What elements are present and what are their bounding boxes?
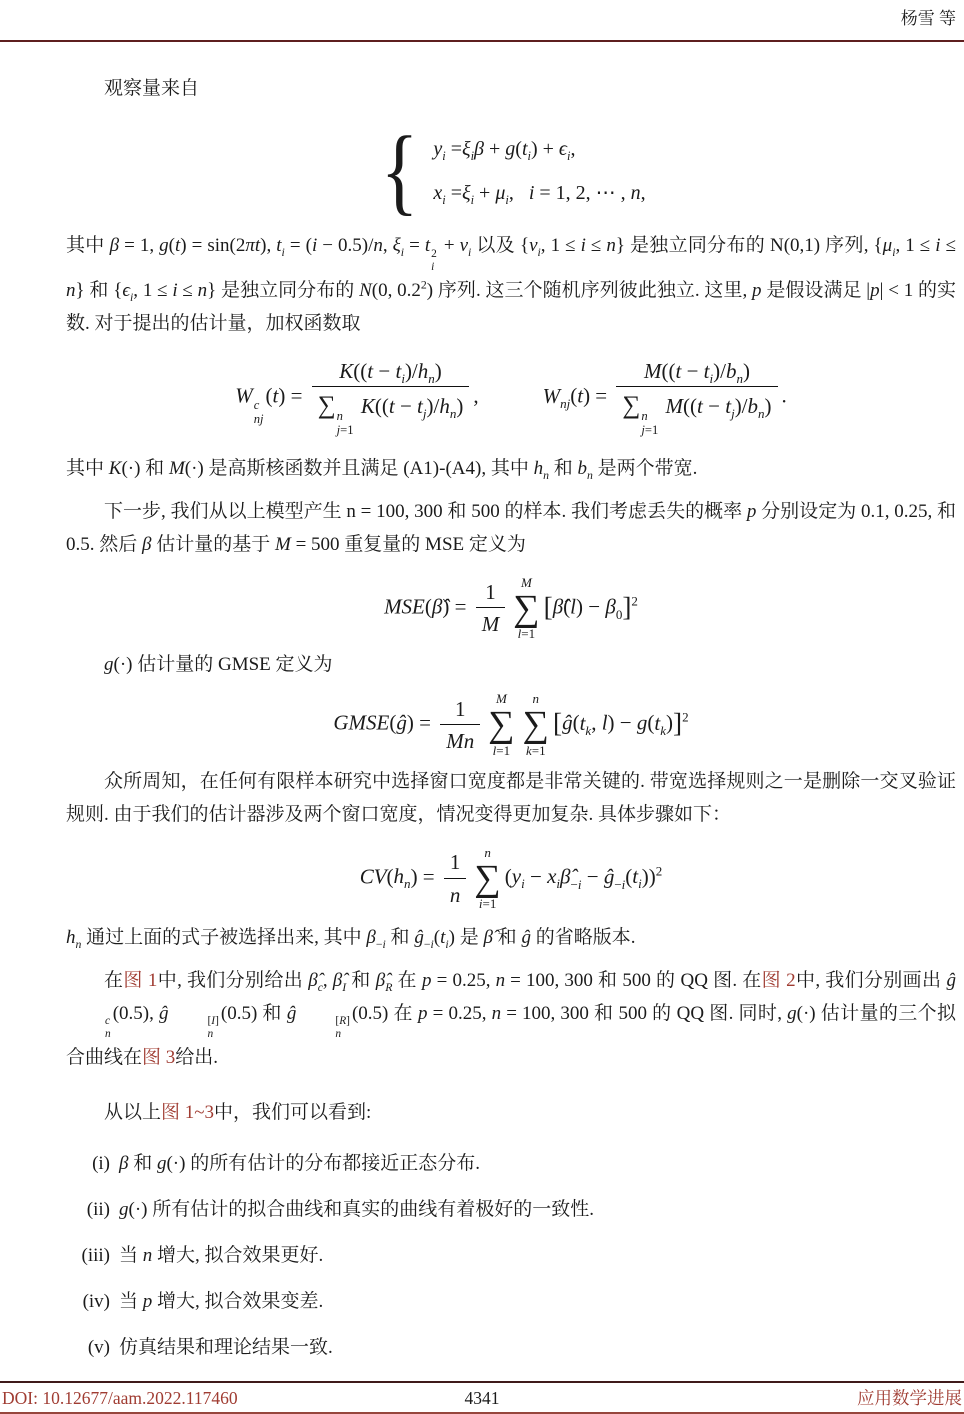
- cases-brace: {: [381, 127, 419, 215]
- paragraph-model-details: 其中 β = 1, g(t) = sin(2πt), ti = (i − 0.5…: [66, 229, 956, 340]
- list-item-label: (ii): [66, 1193, 110, 1226]
- list-item-label: (iv): [66, 1285, 110, 1318]
- paragraph-figures-summary: 从以上图 1~3中，我们可以看到:: [66, 1096, 956, 1129]
- equation-model-line1: yi =ξiβ + g(ti) + ϵi,: [433, 136, 645, 162]
- equation-weight-left: Wcnj(t) = K((t − ti)/hn)∑nj=1 K((t − tj)…: [235, 358, 478, 437]
- list-item-ii: (ii) g(·) 所有估计的拟合曲线和真实的曲线有着极好的一致性.: [66, 1193, 956, 1226]
- doi-link[interactable]: DOI: 10.12677/aam.2022.117460: [2, 1385, 238, 1411]
- list-item-text: 仿真结果和理论结果一致.: [119, 1331, 956, 1364]
- equation-weight-functions: Wcnj(t) = K((t − ti)/hn)∑nj=1 K((t − tj)…: [66, 358, 956, 437]
- equation-model-line2: xi =ξi + μi, i = 1, 2, ⋯ , n,: [433, 180, 645, 206]
- paragraph-figures: 在图 1中, 我们分别给出 β̂c, β̂I 和 β̂R 在 p = 0.25,…: [66, 964, 956, 1075]
- page-footer: DOI: 10.12677/aam.2022.117460 4341 应用数学进…: [2, 1385, 962, 1411]
- paragraph-gmse-intro: g(·) 估计量的 GMSE 定义为: [66, 648, 956, 681]
- list-item-text: g(·) 所有估计的拟合曲线和真实的曲线有着极好的一致性.: [119, 1193, 956, 1226]
- figure-1-ref[interactable]: 图 1: [123, 970, 157, 991]
- list-item-text: 当 p 增大, 拟合效果变差.: [119, 1285, 956, 1318]
- figures-1-3-ref[interactable]: 图 1~3: [161, 1102, 214, 1123]
- paragraph-kernel-note: 其中 K(·) 和 M(·) 是高斯核函数并且满足 (A1)-(A4), 其中 …: [66, 452, 956, 485]
- page-header: 杨雪 等: [0, 0, 964, 42]
- page-content: 观察量来自 { yi =ξiβ + g(ti) + ϵi, xi =ξi + μ…: [66, 42, 956, 1377]
- footer-rule: [0, 1381, 964, 1383]
- figure-2-ref[interactable]: 图 2: [762, 970, 796, 991]
- paragraph-cv-note: hn 通过上面的式子被选择出来, 其中 β−i 和 ĝ−i(ti) 是 β̂ 和…: [66, 921, 956, 954]
- list-item-i: (i) β 和 g(·) 的所有估计的分布都接近正态分布.: [66, 1147, 956, 1180]
- paragraph-observations-intro: 观察量来自: [66, 72, 956, 105]
- equation-model: { yi =ξiβ + g(ti) + ϵi, xi =ξi + μi, i =…: [66, 127, 956, 215]
- journal-name-link[interactable]: 应用数学进展: [857, 1385, 962, 1411]
- running-head-author: 杨雪 等: [901, 7, 956, 31]
- list-item-label: (v): [66, 1331, 110, 1364]
- equation-mse: MSE(β̂) = 1MM∑l=1[β̂(l) − β0]2: [66, 575, 956, 643]
- paragraph-simulation-setup: 下一步, 我们从以上模型产生 n = 100, 300 和 500 的样本. 我…: [66, 495, 956, 561]
- list-item-text: β 和 g(·) 的所有估计的分布都接近正态分布.: [119, 1147, 956, 1180]
- list-item-text: 当 n 增大, 拟合效果更好.: [119, 1239, 956, 1272]
- list-item-iii: (iii) 当 n 增大, 拟合效果更好.: [66, 1239, 956, 1272]
- observations-list: (i) β 和 g(·) 的所有估计的分布都接近正态分布. (ii) g(·) …: [66, 1147, 956, 1364]
- paper-page: 杨雪 等 观察量来自 { yi =ξiβ + g(ti) + ϵi, xi =ξ…: [0, 0, 964, 1414]
- list-item-label: (iii): [66, 1239, 110, 1272]
- equation-gmse: GMSE(ĝ) = 1MnM∑l=1n∑k=1[ĝ(tk, l) − g(tk)…: [66, 691, 956, 759]
- page-number: 4341: [465, 1385, 500, 1411]
- equation-cv: CV(hn) = 1nn∑i=1(yi − xiβ̂−i − ĝ−i(ti))2: [66, 845, 956, 913]
- paragraph-bandwidth: 众所周知，在任何有限样本研究中选择窗口宽度都是非常关键的. 带宽选择规则之一是删…: [66, 765, 956, 831]
- list-item-v: (v) 仿真结果和理论结果一致.: [66, 1331, 956, 1364]
- list-item-iv: (iv) 当 p 增大, 拟合效果变差.: [66, 1285, 956, 1318]
- list-item-label: (i): [66, 1147, 110, 1180]
- figure-3-ref[interactable]: 图 3: [142, 1047, 175, 1068]
- equation-weight-right: Wnj(t) = M((t − ti)/bn)∑nj=1 M((t − tj)/…: [543, 358, 787, 437]
